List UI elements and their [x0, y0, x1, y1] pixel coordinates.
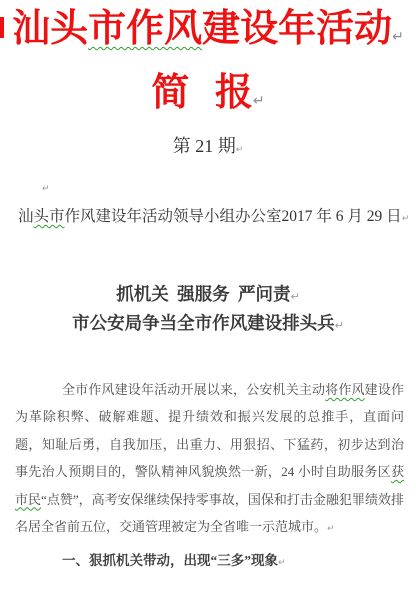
- paragraph-mark-icon: ↵: [327, 524, 335, 534]
- section-heading-1: 一、狠抓机关带动，出现“三多”现象↵: [15, 549, 404, 575]
- paragraph-mark-icon: ↵: [335, 319, 344, 332]
- article-paragraph-1: 全市作风建设年活动开展以来，公安机关主动将作风建设作为革除积弊、破解难题、提升绩…: [15, 376, 404, 543]
- issue-number-text: 第 21 期: [173, 136, 236, 156]
- masthead-title-squiggled: 市作风: [88, 8, 202, 50]
- masthead-subtitle-text: 简 报: [151, 72, 253, 114]
- masthead-subtitle: 简 报↵: [0, 66, 416, 128]
- section-heading-1-text: 一、狠抓机关带动，出现“三多”现象: [62, 553, 278, 568]
- masthead-title-post: 建设年活动: [202, 8, 392, 50]
- issue-date-text: 2017 年 6 月 29 日: [282, 208, 402, 225]
- issuing-office: 汕头市作风建设年活动领导小组办公室: [18, 206, 282, 228]
- masthead-title-pre: 汕头: [12, 8, 88, 50]
- paragraph-mark-icon: ↵: [236, 145, 244, 155]
- paragraph-mark-icon: ↵: [253, 93, 265, 109]
- issue-number: 第 21 期↵: [0, 132, 416, 164]
- bulletin-document-page: 汕头市作风建设年活动↵ 简 报↵ 第 21 期↵ ↵ 汕头市作风建设年活动领导小…: [0, 0, 416, 604]
- article-headline-line2: 市公安局争当全市作风建设排头兵↵: [0, 310, 416, 339]
- empty-line: ↵: [42, 178, 50, 196]
- article-headline-line1: 抓机关 强服务 严问责↵: [0, 281, 416, 310]
- paragraph-mark-icon: ↵: [278, 558, 286, 568]
- issuing-office-squiggled: 头市: [34, 208, 65, 225]
- article-headline: 抓机关 强服务 严问责↵ 市公安局争当全市作风建设排头兵↵: [0, 281, 416, 339]
- paragraph-mark-icon: ↵: [402, 214, 410, 224]
- paragraph-1-seg3: “点赞”，高考安保继续保持零事故，国保和打击金融犯罪绩效排名居全省前五位，交通管…: [15, 492, 404, 534]
- paragraph-mark-icon: ↵: [392, 29, 404, 45]
- paragraph-1-squiggled-1: 将作风: [325, 382, 364, 397]
- article-headline-line1-text: 抓机关 强服务 严问责: [116, 284, 290, 304]
- masthead-title: 汕头市作风建设年活动↵: [0, 2, 416, 64]
- paragraph-mark-icon: ↵: [42, 184, 50, 194]
- article-headline-line2-text: 市公安局争当全市作风建设排头兵: [72, 313, 335, 333]
- meta-row: 汕头市作风建设年活动领导小组办公室 2017 年 6 月 29 日↵: [18, 206, 403, 230]
- issuing-office-post: 作风建设年活动领导小组办公室: [65, 208, 282, 225]
- issuing-office-pre: 汕: [18, 208, 34, 225]
- issue-date: 2017 年 6 月 29 日↵: [282, 206, 410, 230]
- paragraph-mark-icon: ↵: [291, 290, 300, 303]
- paragraph-1-seg1: 全市作风建设年活动开展以来，公安机关主动: [62, 382, 325, 397]
- article-body: 全市作风建设年活动开展以来，公安机关主动将作风建设作为革除积弊、破解难题、提升绩…: [15, 376, 404, 543]
